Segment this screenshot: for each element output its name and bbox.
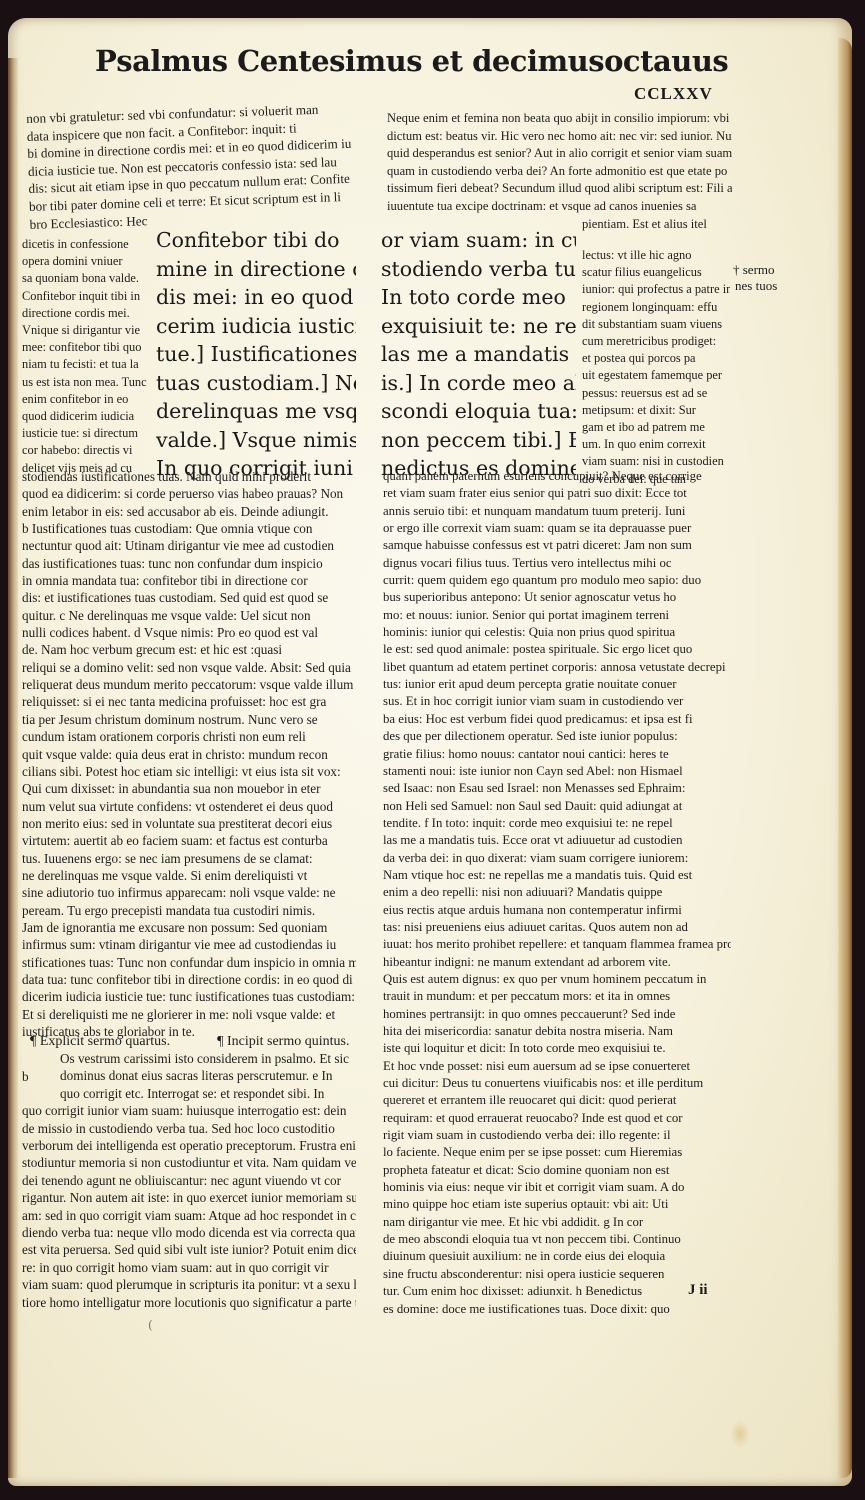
psalm-line: exquisiuit te: ne repel	[381, 312, 576, 341]
text-line: quam panem paternum esuriens concupiuit?…	[383, 468, 731, 485]
text-line: dominus donat eius sacras literas perscr…	[22, 1067, 356, 1084]
text-line: enim a deo repelli: nisi non adiuuari? M…	[383, 884, 731, 901]
text-line: Neque enim et femina non beata quo abijt…	[387, 110, 732, 128]
text-line: dignus vocari filius tuus. Tertius vero …	[383, 555, 731, 572]
text-line: cum meretricibus prodiget:	[582, 333, 730, 350]
text-line: gratie filius: homo nouus: cantator noui…	[383, 746, 731, 763]
text-line: metipsum: et dixit: Sur	[582, 402, 730, 419]
text-line: rigit viam suam in custodiendo verba dei…	[383, 1127, 731, 1144]
text-line: Confitebor inquit tibi in	[22, 288, 147, 305]
gutter-shadow	[8, 58, 18, 1478]
psalm-line: cerim iudicia iusticie	[156, 312, 356, 341]
left-narrow-column: dicetis in confessione opera domini vniu…	[22, 236, 147, 477]
text-line: mee: confitebor tibi quo	[22, 339, 147, 356]
text-line: non Heli sed Samuel: non Saul sed Dauit:…	[383, 798, 731, 815]
text-line: dei tenendo agunt ne obliuiscantur: nec …	[22, 1172, 356, 1189]
text-line: de missio in custodiendo verba tua. Sed …	[22, 1120, 356, 1137]
psalm-line: stodiendo verba tua.]	[381, 255, 576, 284]
psalm-line: dis mei: in eo quod didi	[156, 283, 356, 312]
text-line: opera domini vniuer	[22, 253, 147, 270]
page-edge	[838, 38, 852, 1478]
text-line: hibeantur indigni: ne manum extendant ad…	[383, 954, 731, 971]
text-line: est vita peruersa. Sed quid sibi vult is…	[22, 1241, 356, 1258]
right-narrow-column: lectus: vt ille hic agno scatur filius e…	[582, 247, 730, 488]
text-line: Os vestrum carissimi isto considerem in …	[22, 1050, 356, 1067]
text-line: quid desperandus est senior? Aut in alio…	[387, 145, 732, 163]
text-line: quo corrigit iunior viam suam: huiusque …	[22, 1102, 356, 1119]
margin-note-line: † sermo	[733, 262, 777, 278]
text-line: lectus: vt ille hic agno	[582, 247, 730, 264]
text-line: cor habebo: directis vi	[22, 442, 147, 459]
text-line: viam suam: quod plerumque in scripturis …	[22, 1276, 356, 1293]
text-line: pessus: reuersus est ad se	[582, 385, 730, 402]
text-line: Et hoc vnde posset: nisi eum auersum ad …	[383, 1058, 731, 1075]
text-line: requiram: et quod errauerat reuocabo? In…	[383, 1110, 731, 1127]
text-line: scatur filius euangelicus	[582, 264, 730, 281]
text-line: le est: sed quod animale: postea spiritu…	[383, 641, 731, 658]
psalm-line: In toto corde meo	[381, 283, 576, 312]
text-line: peream. Tu ergo precepisti mandata tua c…	[22, 902, 356, 919]
text-line: cilians sibi. Potest hoc etiam sic intel…	[22, 763, 356, 780]
text-line: tur. Cum enim hoc dixisset: adiunxit. h …	[383, 1283, 731, 1300]
text-line: quam in custodiendo verba dei? An forte …	[387, 163, 732, 181]
text-line: ne derelinquas me vsque valde. Si enim d…	[22, 867, 356, 884]
text-line: stodiuntur memoria si non custodiuntur e…	[22, 1154, 356, 1171]
text-line: stodiendas iustificationes tuas. Nam qui…	[22, 468, 356, 485]
text-line: us est ista non mea. Tunc	[22, 374, 147, 391]
text-line: currit: quem quidem ego quantum pro modu…	[383, 572, 731, 589]
pilcrow-icon: ¶	[217, 1034, 223, 1049]
text-line: quod didicerim iudicia	[22, 408, 147, 425]
text-line: non merito eius: sed in voluntate sua pr…	[22, 815, 356, 832]
psalm-line: derelinquas me vsque	[156, 397, 356, 426]
text-line: reliquerat deus mundum merito peccatorum…	[22, 676, 356, 693]
text-line: num velut sua virtute confidens: vt oste…	[22, 798, 356, 815]
psalm-line: tue.] Iustificationes	[156, 340, 356, 369]
text-line: sa quoniam bona valde.	[22, 270, 147, 287]
signature-mark: J ii	[688, 1282, 708, 1299]
text-line: es domine: doce me iustificationes tuas.…	[383, 1301, 731, 1318]
text-line: tus: iunior erit apud deum percepta grat…	[383, 676, 731, 693]
text-line: quitur. c Ne derelinquas me vsque valde:…	[22, 607, 356, 624]
text-line: Et si dereliquisti me ne glorierer in me…	[22, 1006, 356, 1023]
text-line: et postea qui porcos pa	[582, 350, 730, 367]
text-line: tus. Iuuenens ergo: se nec iam presumens…	[22, 850, 356, 867]
text-line: niam tu fecisti: et tua la	[22, 356, 147, 373]
text-line: reliquisset: si ei nec tanta medicina pr…	[22, 693, 356, 710]
margin-note: † sermo nes tuos	[733, 262, 777, 294]
text-line: cui dicitur: Deus tu conuertens viuifica…	[383, 1075, 731, 1092]
text-line: Nam vtique hoc est: ne repellas me a man…	[383, 867, 731, 884]
text-line: directione cordis mei.	[22, 305, 147, 322]
text-line: rigantur. Non autem ait iste: in quo exe…	[22, 1189, 356, 1206]
text-line: hominis: iunior qui celestis: Quia non p…	[383, 624, 731, 641]
sermon-explicit: Explicit sermo quartus.	[40, 1034, 170, 1049]
text-line: las me a mandatis tuis. Ecce orat vt adi…	[383, 832, 731, 849]
text-line: sine adiutorio tuo infirmus apparecam: n…	[22, 884, 356, 901]
left-column-bottom: Os vestrum carissimi isto considerem in …	[22, 1050, 356, 1311]
bracket-mark: (	[148, 1318, 153, 1332]
margin-note-line: nes tuos	[733, 278, 777, 294]
text-line: enim confitebor in eo	[22, 391, 147, 408]
text-line: da verba dei: in quo dixerat: viam suam …	[383, 850, 731, 867]
text-line: Qui cum dixisset: in abundantia sua non …	[22, 780, 356, 797]
psalm-line: Confitebor tibi do	[156, 226, 356, 255]
sermon-divider: ¶ Explicit sermo quartus. ¶ Incipit serm…	[30, 1033, 360, 1051]
psalm-line: tuas custodiam.] Ne	[156, 369, 356, 398]
text-line: dictum est: beatus vir. Hic vero nec hom…	[387, 128, 732, 146]
text-line: verborum dei intelligenda est operatio p…	[22, 1137, 356, 1154]
text-line: ba eius: Hoc est verbum fidei quod predi…	[383, 711, 731, 728]
text-line: regionem longinquam: effu	[582, 299, 730, 316]
text-line: sine fructu absconderentur: nisi opera i…	[383, 1266, 731, 1283]
text-line: propheta fateatur et dicat: Scio domine …	[383, 1162, 731, 1179]
text-line: hominis via eius: neque vir ibit et corr…	[383, 1179, 731, 1196]
text-line: um. In quo enim correxit	[582, 436, 730, 453]
text-line: tiore homo intelligatur more locutionis …	[22, 1294, 356, 1311]
text-line: dicerim iudicia iusticie tue: tunc iusti…	[22, 988, 356, 1005]
text-line: stificationes tuas: Tunc non confundar d…	[22, 954, 356, 971]
text-line: hita dei misericordia: sanatur debita no…	[383, 1023, 731, 1040]
text-line: am: sed in quo corrigit viam suam: Atque…	[22, 1207, 356, 1224]
text-line: dis: et iustificationes tuas custodiam. …	[22, 589, 356, 606]
text-line: infirmus sum: vtinam dirigantur vie mee …	[22, 936, 356, 953]
text-line: diendo verba tua: neque vllo modo dicend…	[22, 1224, 356, 1241]
text-line: tissimum fieri debeat? Secundum illud qu…	[387, 180, 732, 198]
text-line: nam dirigantur vie mee. Et hic vbi addid…	[383, 1214, 731, 1231]
text-line: das iustificationes tuas: tunc non confu…	[22, 555, 356, 572]
text-line: homines pertransijt: in quo omnes peccau…	[383, 1006, 731, 1023]
right-column-body: quam panem paternum esuriens concupiuit?…	[383, 468, 731, 1318]
text-line: sus. Et in hoc corrigit iunior viam suam…	[383, 693, 731, 710]
psalm-text-left: Confitebor tibi do mine in directione co…	[156, 226, 356, 483]
text-line: gam et ibo ad patrem me	[582, 419, 730, 436]
text-line: virtutem: auertit ab eo faciem suam: et …	[22, 832, 356, 849]
psalm-text-right: or viam suam: in cu stodiendo verba tua.…	[381, 226, 576, 483]
text-line: annis seruio tibi: et nunquam mandatum t…	[383, 503, 731, 520]
psalm-line: is.] In corde meo ab	[381, 369, 576, 398]
text-line: in omnia mandata tua: confitebor tibi in…	[22, 572, 356, 589]
psalm-line: scondi eloquia tua: ut	[381, 397, 576, 426]
text-line: ret viam suam frater eius senior qui pat…	[383, 485, 731, 502]
text-line: trauit in mundum: et per peccatum mors: …	[383, 988, 731, 1005]
psalm-line: mine in directione cor	[156, 255, 356, 284]
text-line: pientiam. Est et alius itel	[387, 216, 732, 234]
left-column-body: stodiendas iustificationes tuas. Nam qui…	[22, 468, 356, 1040]
text-line: sed Isaac: non Esau sed Israel: non Mena…	[383, 780, 731, 797]
text-line: Jam de ignorantia me excusare non possum…	[22, 919, 356, 936]
text-line: bus superioribus antepono: Ut senior agn…	[383, 589, 731, 606]
text-line: tia per Jesum christum dominum nostrum. …	[22, 711, 356, 728]
psalm-line: non peccem tibi.] Be	[381, 426, 576, 455]
text-line: re: in quo corrigit homo viam suam: aut …	[22, 1259, 356, 1276]
text-line: enim letabor in eis: sed accusabor ab ei…	[22, 503, 356, 520]
right-column-top: Neque enim et femina non beata quo abijt…	[387, 110, 732, 233]
text-line: lo faciente. Neque enim per se ipse poss…	[383, 1144, 731, 1161]
text-line: nectuntur quod ait: Utinam dirigantur vi…	[22, 537, 356, 554]
folio-number: CCLXXV	[634, 84, 713, 104]
text-line: quit vsque valde: quia deus erat in chri…	[22, 746, 356, 763]
text-line: diuinum quesiuit auxilium: ne in corde e…	[383, 1248, 731, 1265]
text-line: data tua: tunc confitebor tibi in direct…	[22, 971, 356, 988]
text-line: reliqui se a domino velit: sed non vsque…	[22, 659, 356, 676]
text-line: dit substantiam suam viuens	[582, 316, 730, 333]
text-line: quod ea didicerim: si corde peruerso via…	[22, 485, 356, 502]
paper-stain	[730, 1420, 750, 1448]
text-line: quereret et errantem ille reuocaret qui …	[383, 1092, 731, 1109]
text-line: mo: et nouus: iunior. Senior qui portat …	[383, 607, 731, 624]
text-line: Vnique si dirigantur vie	[22, 322, 147, 339]
text-line: b Iustificationes tuas custodiam: Que om…	[22, 520, 356, 537]
text-line: dicetis in confessione	[22, 236, 147, 253]
text-line: stamenti noui: iste iunior non Cayn sed …	[383, 763, 731, 780]
text-line: nulli codices habent. d Vsque nimis: Pro…	[22, 624, 356, 641]
text-line: iuuat: hos merito prohibet repellere: et…	[383, 936, 731, 953]
text-line: libet quantum ad etatem pertinet corpori…	[383, 659, 731, 676]
sermon-incipit: Incipit sermo quintus.	[227, 1034, 350, 1049]
psalm-line: valde.] Vsque nimis.]	[156, 426, 356, 455]
left-column-top: non vbi gratuletur: sed vbi confundatur:…	[26, 100, 360, 233]
text-line: eius rectis atque arduis humana non cont…	[383, 902, 731, 919]
running-head: Psalmus Centesimus et decimusoctauus	[95, 44, 695, 78]
text-line: tas: nisi preueniens eius adiuuet carita…	[383, 919, 731, 936]
text-line: Quis est autem dignus: ex quo per vnum h…	[383, 971, 731, 988]
text-line: iste qui loquitur et dicit: In toto cord…	[383, 1040, 731, 1057]
text-line: cundum istam orationem corporis christi …	[22, 728, 356, 745]
text-line: iuuentute tua excipe doctrinam: et vsque…	[387, 198, 732, 216]
text-line: mino quippe hoc etiam iste superius opta…	[383, 1196, 731, 1213]
text-line: iusticie tue: si directum	[22, 425, 147, 442]
psalm-line: las me a mandatis tu	[381, 340, 576, 369]
text-line: des que per dilectionem operatur. Sed is…	[383, 728, 731, 745]
text-line: de. Nam hoc verbum grecum est: et hic es…	[22, 641, 356, 658]
text-line: iunior: qui profectus a patre in	[582, 281, 730, 298]
text-line: samque habuisse confessus est vt patri d…	[383, 537, 731, 554]
text-line: tendite. f In toto: inquit: corde meo ex…	[383, 815, 731, 832]
pilcrow-icon: ¶	[30, 1034, 36, 1049]
text-line: de meo abscondi eloquia tua vt non pecce…	[383, 1231, 731, 1248]
text-line: or ergo ille correxit viam suam: quam se…	[383, 520, 731, 537]
text-line: quo corrigit etc. Interrogat se: et resp…	[22, 1085, 356, 1102]
text-line: uit egestatem famemque per	[582, 367, 730, 384]
